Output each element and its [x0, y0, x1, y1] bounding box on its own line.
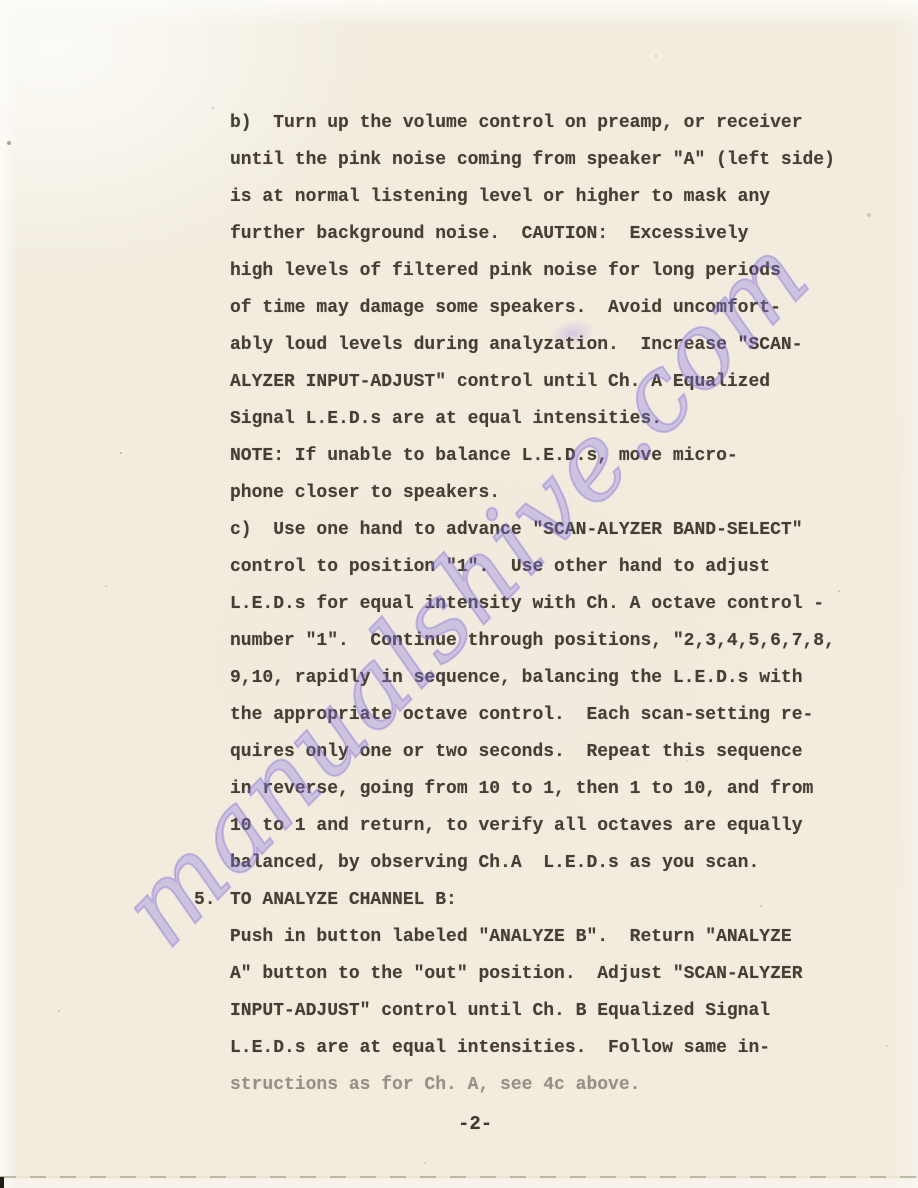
text-line: ably loud levels during analyzation. Inc… [230, 327, 835, 364]
text-line: ALYZER INPUT-ADJUST" control until Ch. A… [230, 364, 835, 401]
text-line-content: c) Use one hand to advance "SCAN-ALYZER … [230, 520, 803, 540]
typewritten-text-block: b) Turn up the volume control on preamp,… [230, 105, 835, 1104]
text-line: control to position "1". Use other hand … [230, 549, 835, 586]
text-line: L.E.D.s are at equal intensities. Follow… [230, 1030, 835, 1067]
text-line-content: ably loud levels during analyzation. Inc… [230, 335, 803, 355]
text-line: c) Use one hand to advance "SCAN-ALYZER … [230, 512, 835, 549]
text-line-content: 9,10, rapidly in sequence, balancing the… [230, 668, 803, 688]
text-line: INPUT-ADJUST" control until Ch. B Equali… [230, 993, 835, 1030]
text-line-content: NOTE: If unable to balance L.E.D.s, move… [230, 446, 738, 466]
text-line-content: INPUT-ADJUST" control until Ch. B Equali… [230, 1001, 770, 1021]
text-line-content: 10 to 1 and return, to verify all octave… [230, 816, 803, 836]
text-line-content: structions as for Ch. A, see 4c above. [230, 1075, 640, 1095]
text-line-content: number "1". Continue through positions, … [230, 631, 835, 651]
text-line: 10 to 1 and return, to verify all octave… [230, 808, 835, 845]
text-line-content: ALYZER INPUT-ADJUST" control until Ch. A… [230, 372, 770, 392]
text-line: b) Turn up the volume control on preamp,… [230, 105, 835, 142]
text-line-content: L.E.D.s are at equal intensities. Follow… [230, 1038, 770, 1058]
text-line-content: the appropriate octave control. Each sca… [230, 705, 813, 725]
text-line-content: Push in button labeled "ANALYZE B". Retu… [230, 927, 792, 947]
text-line: 9,10, rapidly in sequence, balancing the… [230, 660, 835, 697]
text-line: quires only one or two seconds. Repeat t… [230, 734, 835, 771]
text-line: until the pink noise coming from speaker… [230, 142, 835, 179]
text-line: of time may damage some speakers. Avoid … [230, 290, 835, 327]
text-line-content: in reverse, going from 10 to 1, then 1 t… [230, 779, 813, 799]
text-line-content: quires only one or two seconds. Repeat t… [230, 742, 803, 762]
scan-corner-mark [0, 1177, 4, 1188]
text-line: L.E.D.s for equal intensity with Ch. A o… [230, 586, 835, 623]
scanned-manual-page: b) Turn up the volume control on preamp,… [0, 0, 918, 1188]
text-line-content: control to position "1". Use other hand … [230, 557, 770, 577]
text-line-content: b) Turn up the volume control on preamp,… [230, 113, 803, 133]
text-line: high levels of filtered pink noise for l… [230, 253, 835, 290]
text-line-content: A" button to the "out" position. Adjust … [230, 964, 803, 984]
text-line-content: balanced, by observing Ch.A L.E.D.s as y… [230, 853, 759, 873]
text-line: in reverse, going from 10 to 1, then 1 t… [230, 771, 835, 808]
text-line: structions as for Ch. A, see 4c above. [230, 1067, 835, 1104]
text-line: further background noise. CAUTION: Exces… [230, 216, 835, 253]
text-line: NOTE: If unable to balance L.E.D.s, move… [230, 438, 835, 475]
scan-bottom-edge [0, 1179, 918, 1188]
text-line-content: further background noise. CAUTION: Exces… [230, 224, 748, 244]
text-line: 5.TO ANALYZE CHANNEL B: [230, 882, 835, 919]
text-line-content: of time may damage some speakers. Avoid … [230, 298, 781, 318]
text-line-content: TO ANALYZE CHANNEL B: [230, 890, 457, 910]
text-line: is at normal listening level or higher t… [230, 179, 835, 216]
scan-edge-line [0, 1176, 918, 1178]
text-line: the appropriate octave control. Each sca… [230, 697, 835, 734]
paper-speckles [0, 0, 2, 2]
page-number: -2- [458, 1113, 492, 1135]
text-line: Push in button labeled "ANALYZE B". Retu… [230, 919, 835, 956]
text-line: balanced, by observing Ch.A L.E.D.s as y… [230, 845, 835, 882]
text-line-content: high levels of filtered pink noise for l… [230, 261, 781, 281]
text-line-content: Signal L.E.D.s are at equal intensities. [230, 409, 662, 429]
text-line-content: is at normal listening level or higher t… [230, 187, 770, 207]
text-line: Signal L.E.D.s are at equal intensities. [230, 401, 835, 438]
text-line: number "1". Continue through positions, … [230, 623, 835, 660]
text-line-content: L.E.D.s for equal intensity with Ch. A o… [230, 594, 824, 614]
text-line-content: until the pink noise coming from speaker… [230, 150, 835, 170]
list-item-number: 5. [194, 882, 216, 919]
text-line: phone closer to speakers. [230, 475, 835, 512]
text-line: A" button to the "out" position. Adjust … [230, 956, 835, 993]
text-line-content: phone closer to speakers. [230, 483, 500, 503]
